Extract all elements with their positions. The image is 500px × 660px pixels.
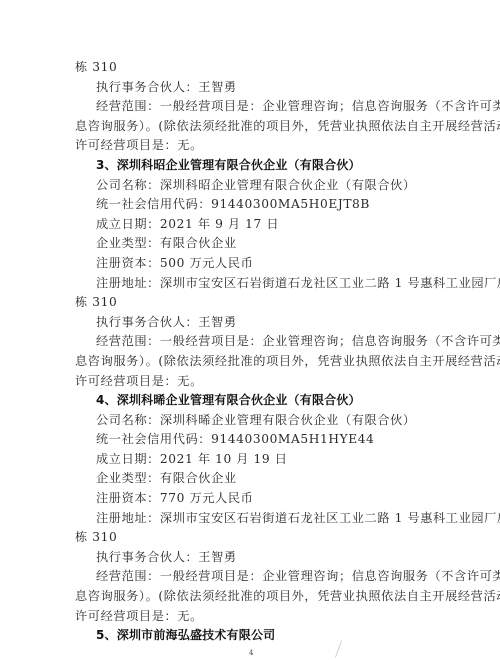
company-type-field: 企业类型：有限合伙企业 [75,469,427,489]
credit-code-field: 统一社会信用代码：91440300MA5H1HYE44 [75,430,427,450]
registered-address-field: 注册地址：深圳市宝安区石岩街道石龙社区工业二路 1 号惠科工业园厂房 2 [75,509,427,529]
credit-code-field: 统一社会信用代码：91440300MA5H0EJT8B [75,195,427,215]
registered-capital-field: 注册资本：770 万元人民币 [75,489,427,509]
registered-capital-field: 注册资本：500 万元人民币 [75,254,427,274]
company-type-field: 企业类型：有限合伙企业 [75,234,427,254]
address-continuation: 栋 310 [75,58,427,78]
business-scope-field: 经营范围：一般经营项目是：企业管理咨询；信息咨询服务（不含许可类信 [75,567,427,587]
business-scope-continuation: 息咨询服务）。(除依法须经批准的项目外，凭营业执照依法自主开展经营活动)， [75,352,427,372]
section-heading-3: 3、深圳科昭企业管理有限合伙企业（有限合伙） [75,156,427,176]
managing-partner-field: 执行事务合伙人：王智勇 [75,78,427,98]
licensed-items-text: 许可经营项目是：无。 [75,372,427,392]
section-heading-4: 4、深圳科晞企业管理有限合伙企业（有限合伙） [75,391,427,411]
page-number: 4 [249,649,253,657]
page-content: 栋 310 执行事务合伙人：王智勇 经营范围：一般经营项目是：企业管理咨询；信息… [75,58,427,646]
company-name-field: 公司名称：深圳科昭企业管理有限合伙企业（有限合伙） [75,176,427,196]
address-continuation: 栋 310 [75,528,427,548]
established-date-field: 成立日期：2021 年 9 月 17 日 [75,215,427,235]
document-page: 栋 310 执行事务合伙人：王智勇 经营范围：一般经营项目是：企业管理咨询；信息… [0,0,500,660]
business-scope-field: 经营范围：一般经营项目是：企业管理咨询；信息咨询服务（不含许可类信 [75,332,427,352]
company-name-field: 公司名称：深圳科晞企业管理有限合伙企业（有限合伙） [75,411,427,431]
established-date-field: 成立日期：2021 年 10 月 19 日 [75,450,427,470]
licensed-items-text: 许可经营项目是：无。 [75,607,427,627]
business-scope-continuation: 息咨询服务）。(除依法须经批准的项目外，凭营业执照依法自主开展经营活动)， [75,117,427,137]
business-scope-field: 经营范围：一般经营项目是：企业管理咨询；信息咨询服务（不含许可类信 [75,97,427,117]
licensed-items-text: 许可经营项目是：无。 [75,136,427,156]
address-continuation: 栋 310 [75,293,427,313]
registered-address-field: 注册地址：深圳市宝安区石岩街道石龙社区工业二路 1 号惠科工业园厂房 2 [75,274,427,294]
managing-partner-field: 执行事务合伙人：王智勇 [75,313,427,333]
managing-partner-field: 执行事务合伙人：王智勇 [75,548,427,568]
business-scope-continuation: 息咨询服务）。(除依法须经批准的项目外，凭营业执照依法自主开展经营活动)， [75,587,427,607]
section-heading-5: 5、深圳市前海弘盛技术有限公司 [75,626,427,646]
